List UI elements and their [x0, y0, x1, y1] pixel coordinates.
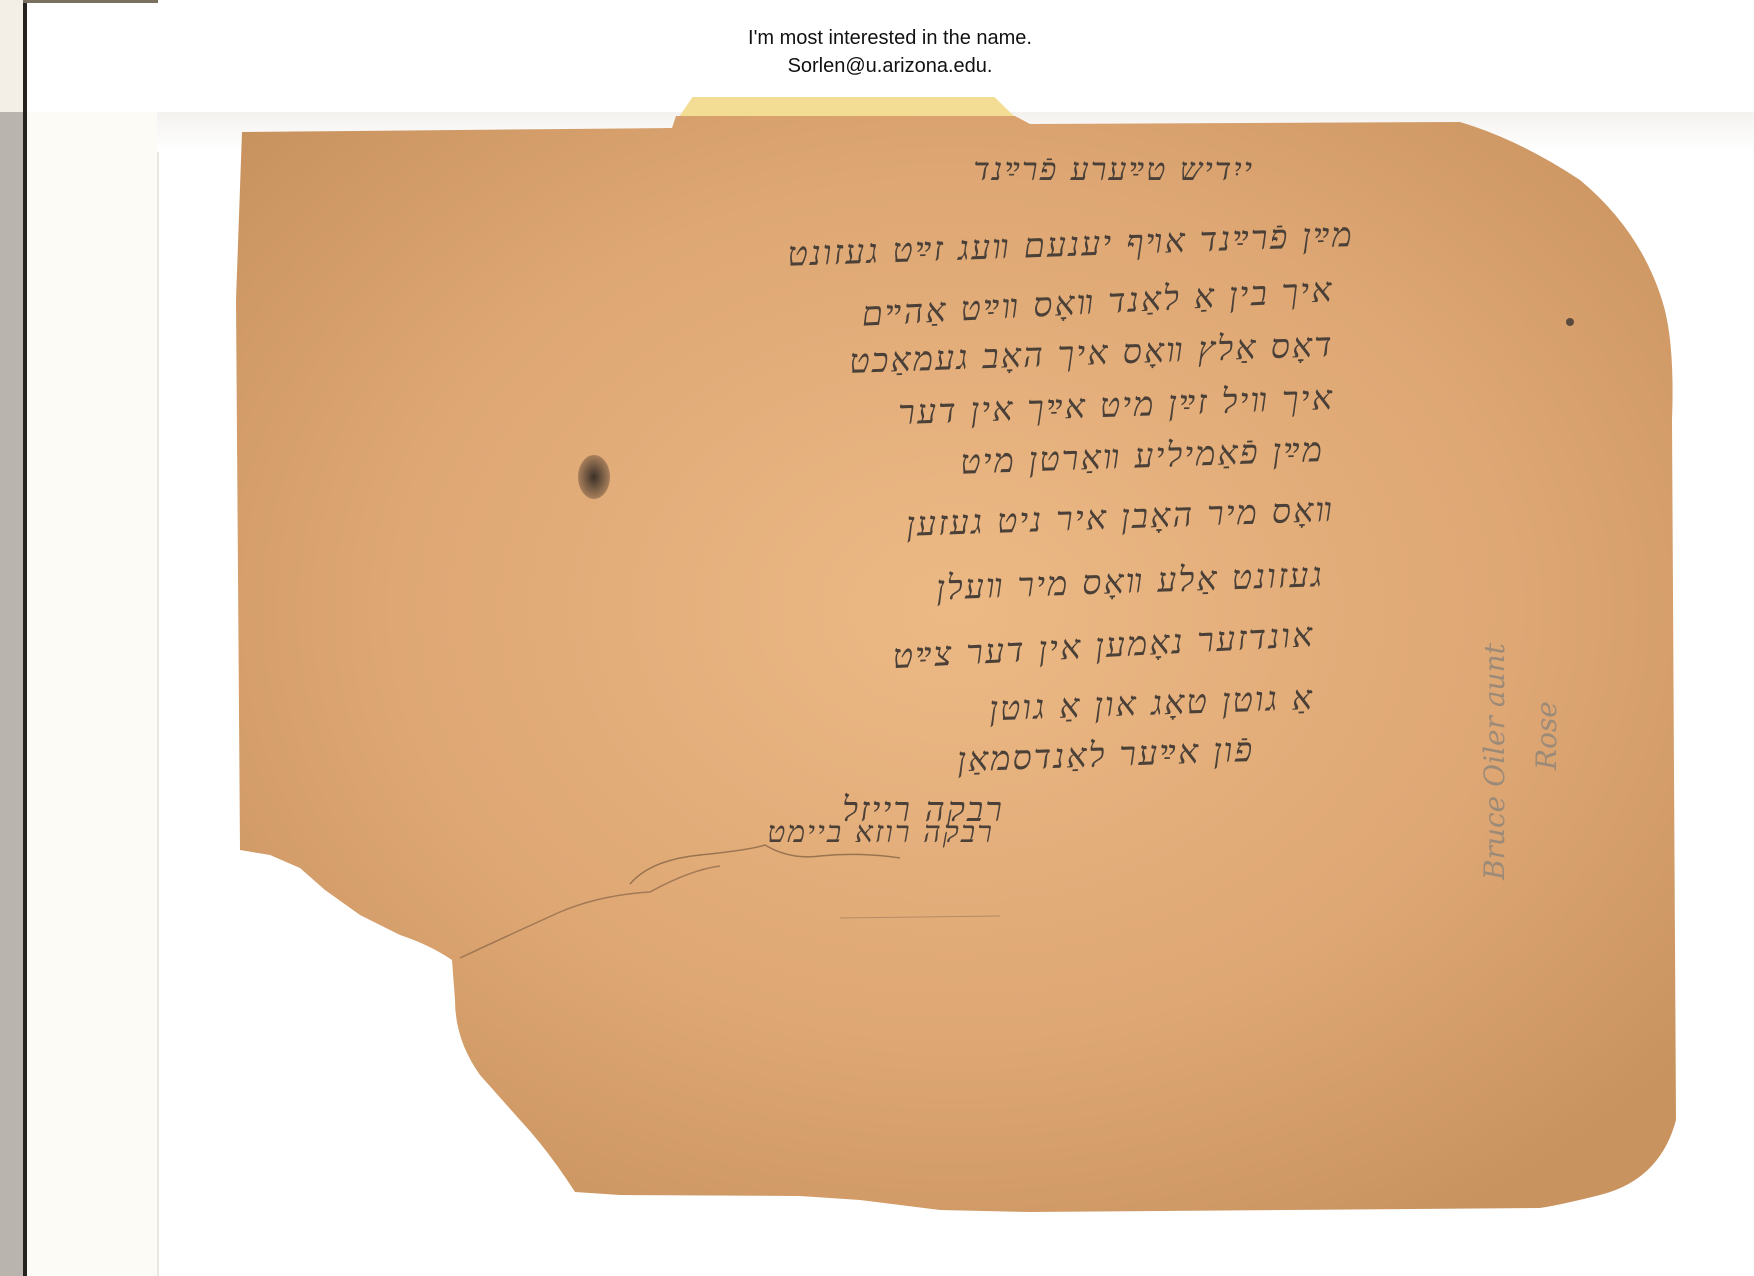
- signature: רבקה רוזא ביימט: [767, 815, 994, 850]
- ink-dot: [1566, 318, 1574, 326]
- pencil-annotation-line-1: Bruce Oiler aunt: [1478, 643, 1511, 880]
- handwritten-line-1: ייִדיש טײַערע פֿרײַנד: [973, 150, 1254, 188]
- letter-paper: [0, 0, 1754, 1276]
- ink-blot: [578, 455, 610, 499]
- pencil-annotation-line-2: Rose: [1530, 701, 1563, 770]
